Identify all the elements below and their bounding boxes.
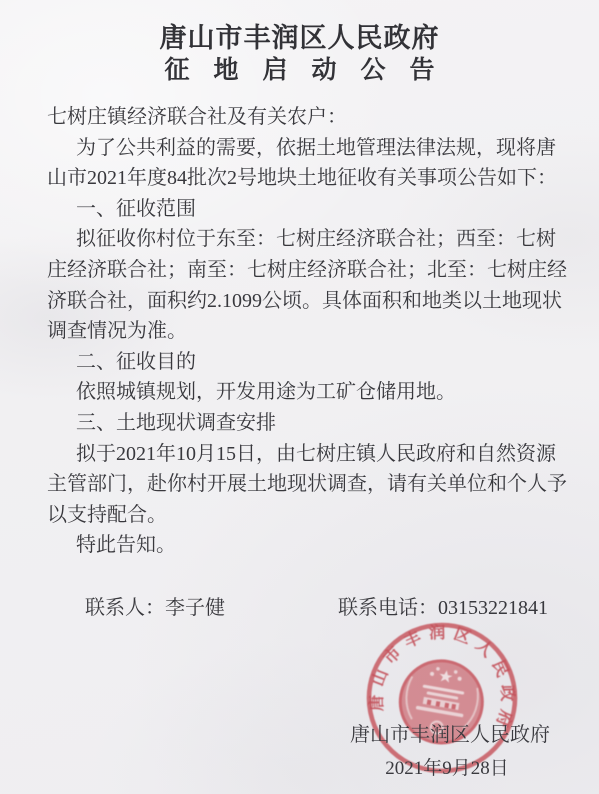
- contact-person-label: 联系人：: [85, 597, 165, 619]
- document-body-line: 依照城镇规划，开发用途为工矿仓储用地。: [47, 377, 552, 408]
- document-body-line: 调查情况为准。: [47, 316, 552, 347]
- document-body: 七树庄镇经济联合社及有关农户：为了公共利益的需要，依据土地管理法律法规，现将唐山…: [47, 102, 552, 561]
- document-body-line: 山市2021年度84批次2号地块土地征收有关事项公告如下：: [47, 163, 552, 194]
- issue-date: 2021年9月28日: [347, 753, 547, 780]
- document-body-line: 为了公共利益的需要，依据土地管理法律法规，现将唐: [47, 133, 552, 164]
- document-page: 唐山市丰润区人民政府 征地启动公告 七树庄镇经济联合社及有关农户：为了公共利益的…: [0, 0, 599, 794]
- contact-person-name: 李子健: [165, 597, 225, 619]
- document-body-line: 拟于2021年10月15日，由七树庄镇人民政府和自然资源: [47, 439, 552, 470]
- document-body-line: 主管部门，赴你村开展土地现状调查，请有关单位和个人予: [47, 469, 552, 500]
- document-body-line: 以支持配合。: [47, 500, 552, 531]
- document-body-line: 庄经济联合社；南至：七树庄经济联合社；北至：七树庄经: [47, 255, 552, 286]
- document-body-line: 一、征收范围: [47, 194, 552, 225]
- document-body-line: 七树庄镇经济联合社及有关农户：: [47, 102, 552, 133]
- contact-person: 联系人：李子健: [85, 593, 225, 623]
- document-body-line: 三、土地现状调查安排: [47, 408, 552, 439]
- document-body-line: 特此告知。: [47, 530, 552, 561]
- document-subtitle: 征地启动公告: [12, 50, 599, 86]
- document-body-line: 拟征收你村位于东至：七树庄经济联合社；西至：七树: [47, 224, 552, 255]
- document-body-line: 二、征收目的: [47, 347, 552, 378]
- issuer-name: 唐山市丰润区人民政府: [350, 718, 550, 747]
- document-body-line: 济联合社，面积约2.1099公顷。具体面积和地类以土地现状: [47, 286, 552, 317]
